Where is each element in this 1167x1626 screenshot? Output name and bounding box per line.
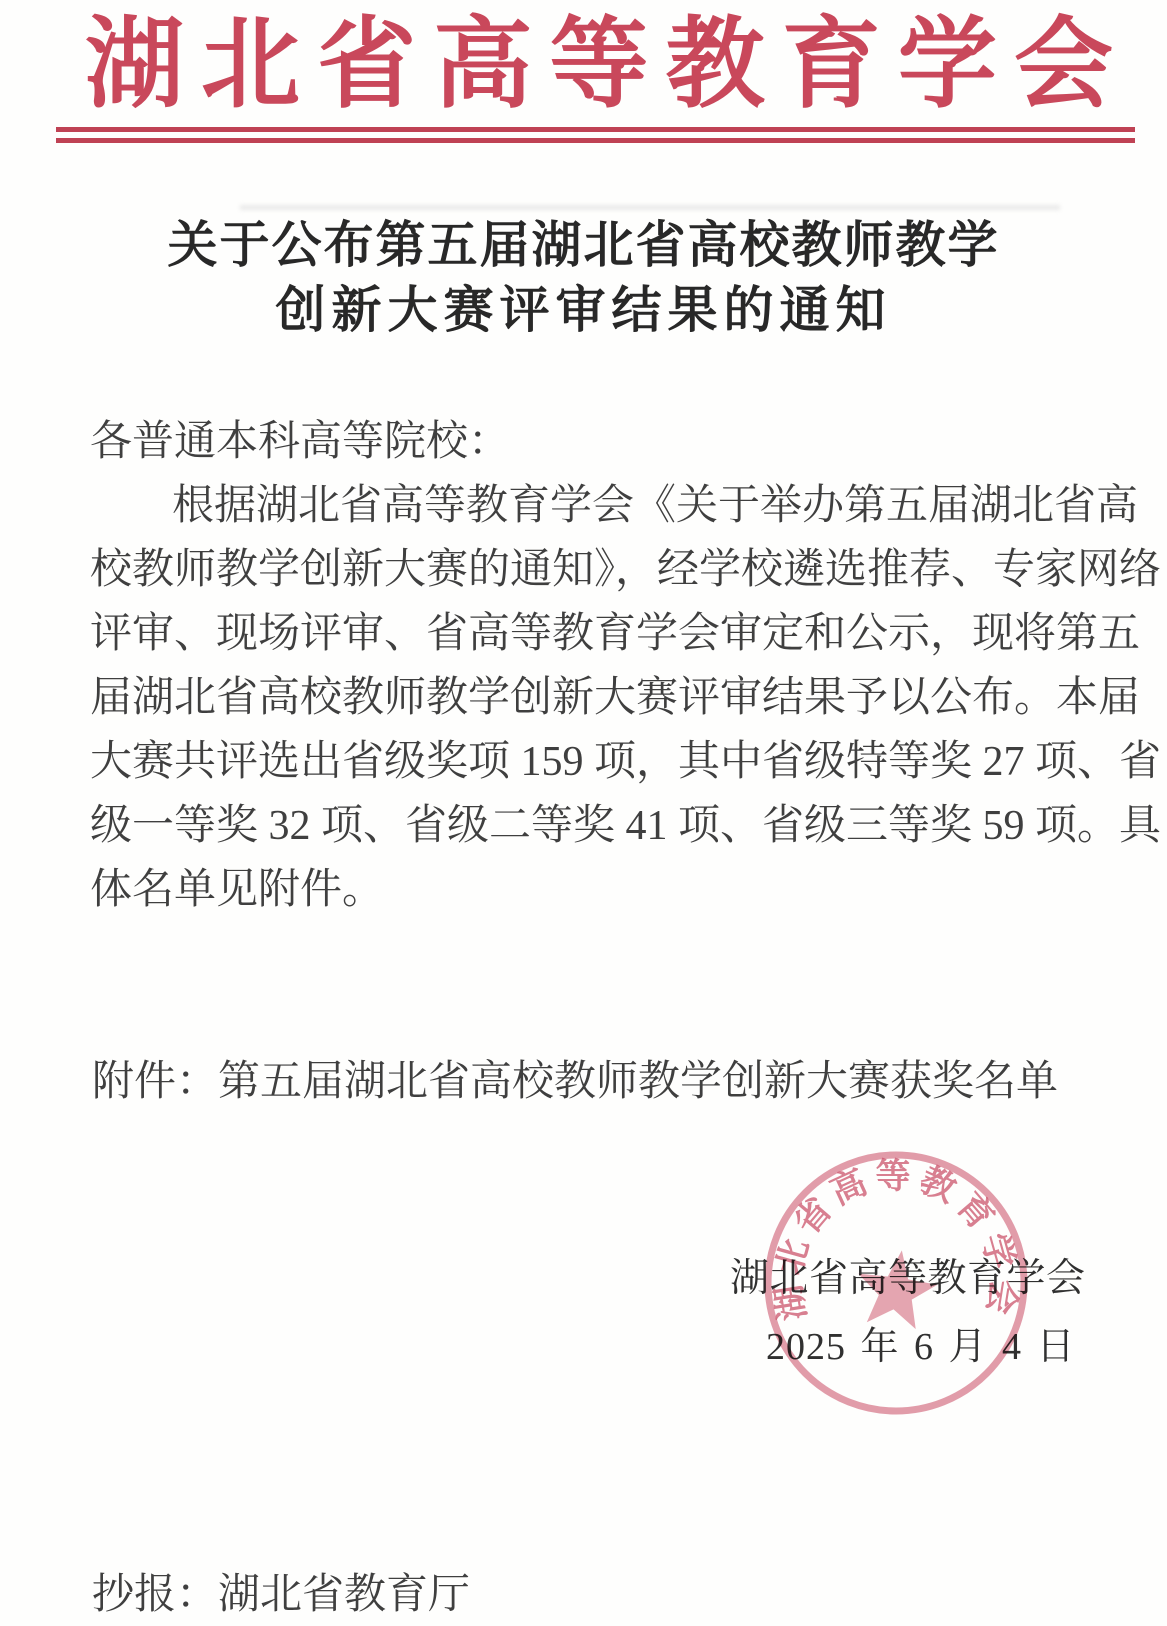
- body-line: 校教师教学创新大赛的通知》，经学校遴选推荐、专家网络: [90, 538, 1077, 602]
- notice-title-line2: 创新大赛评审结果的通知: [90, 281, 1077, 339]
- scan-artifact: [240, 205, 1060, 210]
- body-line: 体名单见附件。: [90, 858, 1077, 922]
- cc-line: 抄报：湖北省教育厅: [92, 1567, 1079, 1623]
- official-notice-document: 湖北省高等教育学会 关于公布第五届湖北省高校教师教学 创新大赛评审结果的通知 各…: [0, 0, 1167, 1626]
- attachment-label: 附件：: [92, 1059, 218, 1105]
- body-line: 级一等奖 32 项、省级二等奖 41 项、省级三等奖 59 项。具: [90, 794, 1077, 858]
- notice-body: 各普通本科高等院校： 根据湖北省高等教育学会《关于举办第五届湖北省高 校教师教学…: [90, 410, 1077, 922]
- attachment-text: 第五届湖北省高校教师教学创新大赛获奖名单: [218, 1059, 1058, 1105]
- body-line: 大赛共评选出省级奖项 159 项，其中省级特等奖 27 项、省: [90, 730, 1077, 794]
- body-line: 届湖北省高校教师教学创新大赛评审结果予以公布。本届: [90, 666, 1077, 730]
- letterhead-org-name: 湖北省高等教育学会: [85, 10, 1113, 122]
- body-line: 评审、现场评审、省高等教育学会审定和公示，现将第五: [90, 602, 1077, 666]
- notice-title-line1: 关于公布第五届湖北省高校教师教学: [90, 216, 1077, 274]
- letterhead-double-rule: [56, 127, 1135, 143]
- cc-text: 湖北省教育厅: [218, 1572, 470, 1618]
- attachment-line: 附件：第五届湖北省高校教师教学创新大赛获奖名单: [92, 1050, 1079, 1114]
- signature-date: 2025 年 6 月 4 日: [766, 1315, 1076, 1370]
- body-line: 根据湖北省高等教育学会《关于举办第五届湖北省高: [90, 474, 1077, 538]
- salutation: 各普通本科高等院校：: [90, 410, 1077, 474]
- signature-org: 湖北省高等教育学会: [730, 1247, 1086, 1303]
- cc-label: 抄报：: [92, 1572, 218, 1618]
